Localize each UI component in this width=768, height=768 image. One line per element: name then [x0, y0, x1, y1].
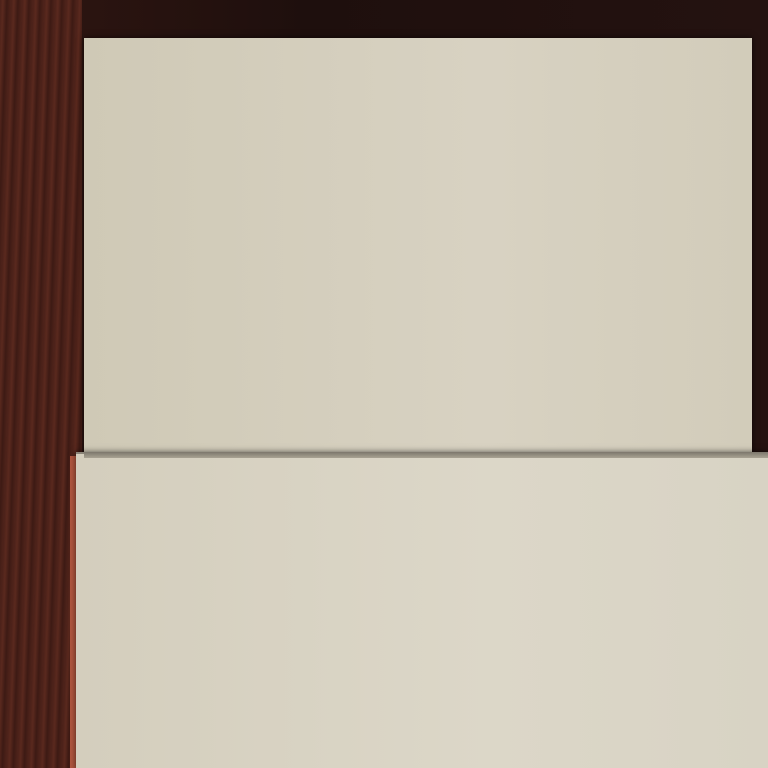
book-page-top [84, 38, 752, 456]
book-gutter [84, 452, 768, 458]
book-page-bottom [76, 452, 768, 768]
